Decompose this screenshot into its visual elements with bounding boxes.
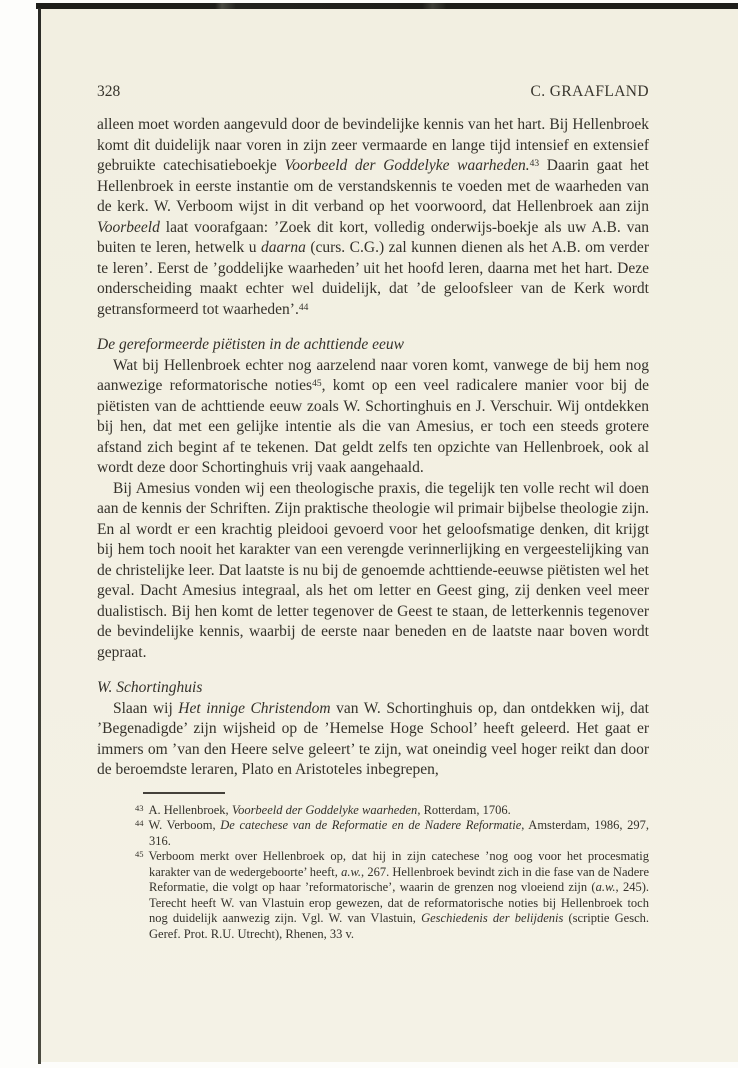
footnote-item: 43A. Hellenbroek, Voorbeeld der Goddelyk… — [135, 803, 649, 819]
footnote-reference: 45 — [312, 379, 322, 389]
italic-text: W. Schortinghuis — [97, 679, 202, 696]
italic-text: Het innige Christendom — [178, 700, 330, 717]
text-run: Slaan wij — [113, 700, 178, 717]
body-paragraph: Slaan wij Het innige Christendom van W. … — [97, 699, 649, 781]
body-paragraph: Wat bij Hellenbroek echter nog aarzelend… — [97, 356, 649, 479]
italic-text: Voorbeeld der Goddelyke waarheden. — [284, 157, 529, 174]
text-run: , Rotterdam, 1706. — [417, 803, 510, 817]
book-page: 328 C. GRAAFLAND alleen moet worden aang… — [41, 9, 738, 1062]
italic-text: daarna — [261, 239, 306, 256]
footnote-reference: 44 — [299, 303, 309, 313]
footnote-text: Verboom merkt over Hellenbroek op, dat h… — [149, 849, 650, 941]
italic-text: De catechese van de Reformatie en de Nad… — [220, 818, 521, 832]
footnote-reference: 43 — [530, 159, 540, 169]
footnote-number: 43 — [135, 803, 144, 813]
italic-text: Voorbeeld der Goddelyke waarheden — [232, 803, 418, 817]
footnote-number: 45 — [135, 849, 144, 859]
footnote-text: A. Hellenbroek, Voorbeeld der Goddelyke … — [149, 803, 511, 817]
footnotes: 43A. Hellenbroek, Voorbeeld der Goddelyk… — [97, 803, 649, 943]
footnote-text: W. Verboom, De catechese van de Reformat… — [149, 818, 650, 848]
footnote-item: 45Verboom merkt over Hellenbroek op, dat… — [135, 849, 649, 942]
text-run: W. Verboom, — [149, 818, 221, 832]
footnote-separator — [143, 792, 225, 794]
italic-text: Voorbeeld — [97, 219, 160, 236]
body-paragraph: alleen moet worden aangevuld door de bev… — [97, 115, 649, 320]
section-heading: De gereformeerde piëtisten in de achttie… — [97, 335, 649, 356]
italic-text: Geschiedenis der belijdenis — [421, 911, 563, 925]
italic-text: a.w. — [596, 880, 616, 894]
text-run: Bij Amesius vonden wij een theologische … — [97, 480, 649, 661]
footnote-number: 44 — [135, 818, 144, 828]
page-left-edge-line — [38, 8, 41, 1064]
text-run: A. Hellenbroek, — [149, 803, 232, 817]
body-text: alleen moet worden aangevuld door de bev… — [97, 115, 649, 781]
page-header: 328 C. GRAAFLAND — [97, 81, 649, 102]
running-header: C. GRAAFLAND — [531, 81, 649, 102]
italic-text: a.w. — [341, 865, 361, 879]
footnote-item: 44W. Verboom, De catechese van de Reform… — [135, 818, 649, 849]
page-number: 328 — [97, 81, 120, 102]
section-heading: W. Schortinghuis — [97, 678, 649, 699]
body-paragraph: Bij Amesius vonden wij een theologische … — [97, 479, 649, 664]
page-content: 328 C. GRAAFLAND alleen moet worden aang… — [97, 9, 649, 942]
italic-text: De gereformeerde piëtisten in de achttie… — [97, 336, 404, 353]
